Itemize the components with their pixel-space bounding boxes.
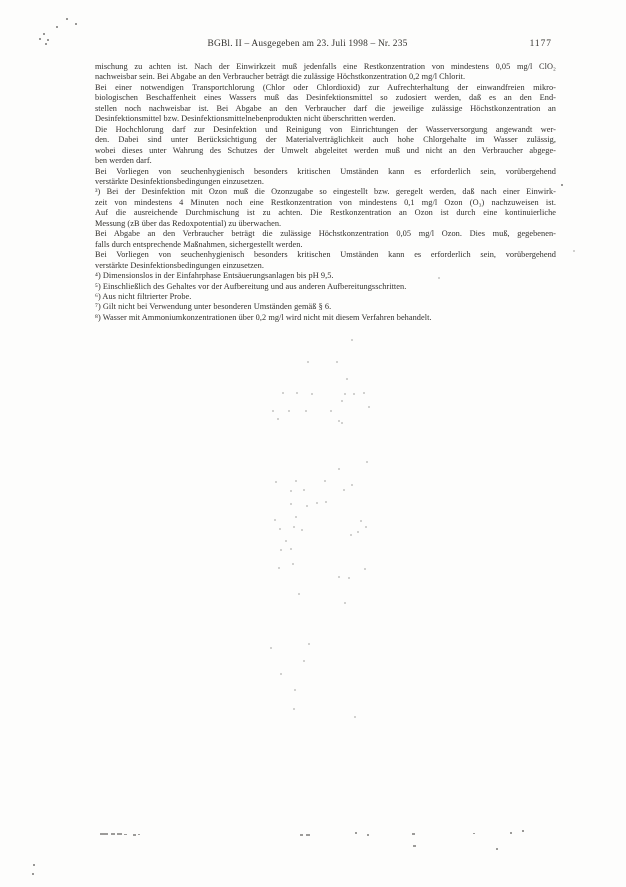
scan-speck <box>293 708 295 710</box>
text-line: biologischen Beschaffenheit eines Wasser… <box>95 93 556 103</box>
scan-speck <box>47 39 49 41</box>
scan-speck <box>270 647 272 649</box>
scan-speck <box>350 534 352 536</box>
scan-speck <box>308 643 310 645</box>
scan-speck <box>295 480 297 482</box>
scan-speck <box>306 834 310 836</box>
scan-speck <box>282 392 284 394</box>
text-line: zeit von mindestens 4 Minuten noch eine … <box>95 198 556 208</box>
scan-speck <box>278 567 280 569</box>
scan-speck <box>341 400 343 402</box>
scan-speck <box>290 503 292 505</box>
scan-speck <box>296 392 298 394</box>
scan-speck <box>357 531 359 533</box>
scan-speck <box>294 689 296 691</box>
text-line: den. Dabei sind unter Berücksichtigung d… <box>95 135 556 145</box>
text-line: mischung zu achten ist. Nach der Einwirk… <box>95 62 556 72</box>
text-line: ³) Bei der Desinfektion mit Ozon muß die… <box>95 187 556 197</box>
text-line: stellen noch nachweisbar ist. Bei Abgabe… <box>95 104 556 114</box>
scan-speck <box>274 519 276 521</box>
scan-speck <box>275 481 277 483</box>
scan-speck <box>285 540 287 542</box>
text-line: ⁵) Einschließlich des Gehaltes vor der A… <box>95 282 556 292</box>
scan-speck <box>280 673 282 675</box>
text-line: falls durch entsprechende Maßnahmen, sic… <box>95 240 556 250</box>
document-page: BGBl. II – Ausgegeben am 23. Juli 1998 –… <box>0 0 626 887</box>
text-line: Auf die ausreichende Durchmischung ist z… <box>95 208 556 218</box>
page-number: 1177 <box>530 39 552 49</box>
scan-speck <box>39 38 41 40</box>
scan-speck <box>496 848 498 850</box>
text-line: Bei Vorliegen von seuchenhygienisch beso… <box>95 250 556 260</box>
scan-speck <box>300 834 303 836</box>
scan-speck <box>272 410 274 412</box>
scan-speck <box>354 716 356 718</box>
scan-speck <box>360 520 362 522</box>
scan-speck <box>355 832 357 834</box>
scan-speck <box>343 489 345 491</box>
scan-speck <box>288 410 290 412</box>
scan-speck <box>301 529 303 531</box>
scan-speck <box>66 18 68 20</box>
scan-speck <box>325 501 327 503</box>
text-line: Die Hochchlorung darf zur Desinfektion u… <box>95 125 556 135</box>
scan-speck <box>32 873 34 875</box>
scan-speck <box>316 502 318 504</box>
text-line: verstärkte Desinfektionsbedingungen einz… <box>95 261 556 271</box>
body-text: mischung zu achten ist. Nach der Einwirk… <box>95 62 556 323</box>
text-line: Bei Abgabe an den Verbraucher beträgt di… <box>95 229 556 239</box>
scan-speck <box>75 23 77 25</box>
text-line: ben werden darf. <box>95 156 556 166</box>
scan-speck <box>45 43 47 45</box>
scan-speck <box>473 833 475 834</box>
scan-speck <box>290 548 292 550</box>
scan-speck <box>56 26 58 28</box>
scan-speck <box>573 250 575 252</box>
scan-speck <box>298 593 300 595</box>
scan-speck <box>33 864 35 866</box>
scan-speck <box>336 361 338 363</box>
scan-speck <box>561 184 563 186</box>
scan-speck <box>100 833 108 835</box>
scan-speck <box>290 490 292 492</box>
text-line: Bei einer notwendigen Transportchlorung … <box>95 83 556 93</box>
scan-speck <box>307 361 309 363</box>
text-line: ⁶) Aus nicht filtrierter Probe. <box>95 292 556 302</box>
scan-speck <box>293 526 295 528</box>
text-line: ⁷) Gilt nicht bei Verwendung unter beson… <box>95 302 556 312</box>
scan-speck <box>344 393 346 395</box>
scan-speck <box>363 392 365 394</box>
scan-speck <box>346 378 348 380</box>
scan-speck <box>133 834 136 836</box>
scan-speck <box>277 418 279 420</box>
scan-speck <box>43 33 45 35</box>
scan-speck <box>365 526 367 528</box>
scan-speck <box>510 832 512 834</box>
scan-speck <box>351 484 353 486</box>
scan-speck <box>367 834 369 836</box>
scan-speck <box>111 833 115 835</box>
scan-speck <box>292 563 294 565</box>
scan-speck <box>338 576 340 578</box>
text-line: verstärkte Desinfektionsbedingungen einz… <box>95 177 556 187</box>
scan-speck <box>341 422 343 424</box>
scan-speck <box>306 505 308 507</box>
header-title: BGBl. II – Ausgegeben am 23. Juli 1998 –… <box>77 39 538 49</box>
scan-speck <box>279 528 281 530</box>
scan-speck <box>351 339 353 341</box>
scan-speck <box>138 834 140 835</box>
scan-speck <box>117 833 122 835</box>
page-header: BGBl. II – Ausgegeben am 23. Juli 1998 –… <box>95 39 556 49</box>
scan-speck <box>311 393 313 395</box>
scan-speck <box>338 420 340 422</box>
scan-speck <box>330 410 332 412</box>
scan-speck <box>124 834 127 835</box>
scan-speck <box>348 577 350 579</box>
text-line: Bei Vorliegen von seuchenhygienisch beso… <box>95 167 556 177</box>
scan-speck <box>412 833 415 835</box>
scan-speck <box>338 468 340 470</box>
text-line: Desinfektionsmittel bzw. Desinfektionsmi… <box>95 114 556 124</box>
scan-speck <box>353 393 355 395</box>
scan-speck <box>368 406 370 408</box>
scan-speck <box>303 489 305 491</box>
scan-speck <box>364 568 366 570</box>
scan-speck <box>303 660 305 662</box>
text-line: Messung (zB über das Redoxpotential) zu … <box>95 219 556 229</box>
scan-speck <box>305 410 307 412</box>
scan-speck <box>280 549 282 551</box>
text-line: nachweisbar sein. Bei Abgabe an den Verb… <box>95 72 556 82</box>
scan-speck <box>344 602 346 604</box>
scan-speck <box>522 830 524 832</box>
text-line: wobei dieses unter Wahrung des Schutzes … <box>95 146 556 156</box>
scan-speck <box>324 480 326 482</box>
scan-speck <box>413 845 416 847</box>
text-line: ⁴) Dimensionslos in der Einfahrphase Ent… <box>95 271 556 281</box>
scan-speck <box>366 461 368 463</box>
scan-speck <box>295 516 297 518</box>
text-line: ⁸) Wasser mit Ammoniumkonzentrationen üb… <box>95 313 556 323</box>
